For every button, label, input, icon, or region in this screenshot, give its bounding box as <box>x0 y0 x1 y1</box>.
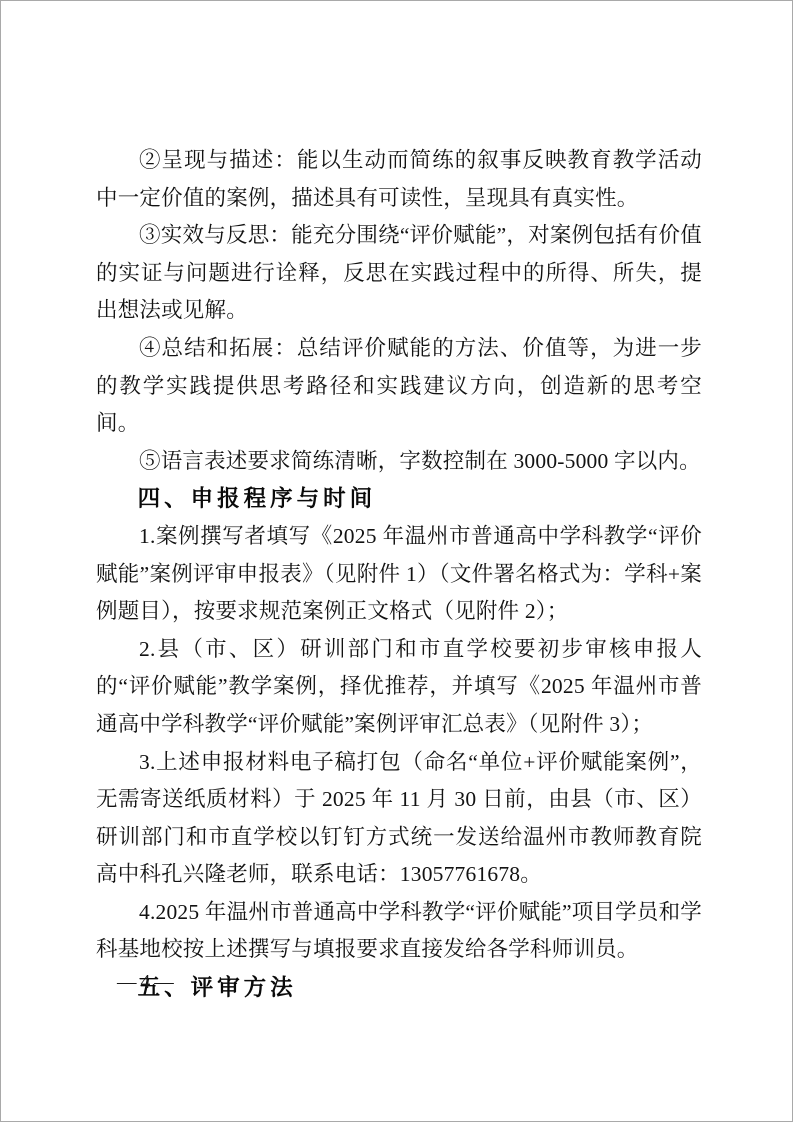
section-heading-4: 四、申报程序与时间 <box>96 480 702 518</box>
body-paragraph: ④总结和拓展：总结评价赋能的方法、价值等，为进一步的教学实践提供思考路径和实践建… <box>96 330 702 443</box>
body-paragraph: ②呈现与描述：能以生动而简练的叙事反映教育教学活动中一定价值的案例，描述具有可读… <box>96 142 702 217</box>
document-body: ②呈现与描述：能以生动而简练的叙事反映教育教学活动中一定价值的案例，描述具有可读… <box>96 142 702 1007</box>
section-heading-5: 五、评审方法 <box>96 969 702 1007</box>
numbered-item: 1.案例撰写者填写《2025 年温州市普通高中学科教学“评价赋能”案例评审申报表… <box>96 518 702 631</box>
numbered-item: 3.上述申报材料电子稿打包（命名“单位+评价赋能案例”，无需寄送纸质材料）于 2… <box>96 744 702 894</box>
numbered-item: 2.县（市、区）研训部门和市直学校要初步审核申报人的“评价赋能”教学案例，择优推… <box>96 631 702 744</box>
document-page: ②呈现与描述：能以生动而简练的叙事反映教育教学活动中一定价值的案例，描述具有可读… <box>0 0 793 1122</box>
page-number: —4— <box>117 972 178 994</box>
numbered-item: 4.2025 年温州市普通高中学科教学“评价赋能”项目学员和学科基地校按上述撰写… <box>96 894 702 969</box>
body-paragraph: ③实效与反思：能充分围绕“评价赋能”，对案例包括有价值的实证与问题进行诠释，反思… <box>96 217 702 330</box>
body-paragraph: ⑤语言表述要求简练清晰，字数控制在 3000-5000 字以内。 <box>96 443 702 481</box>
